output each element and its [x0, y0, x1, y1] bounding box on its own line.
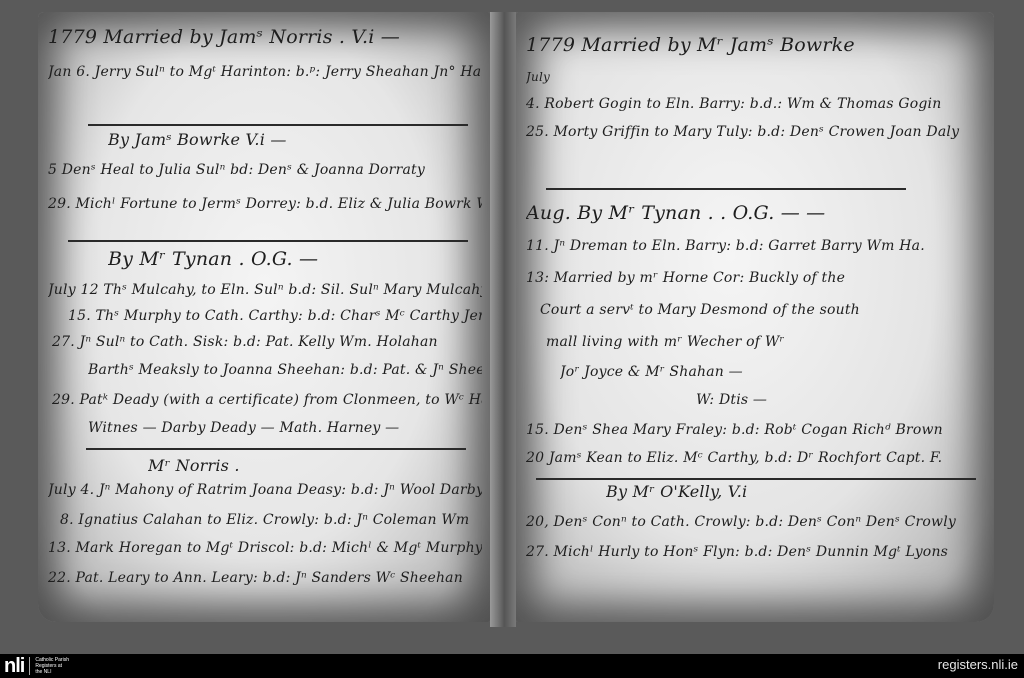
entry-line: 13: Married by mʳ Horne Cor: Buckly of t…	[526, 270, 986, 286]
left-page-heading: 1779 Married by Jamˢ Norris . V.i —	[48, 26, 482, 48]
month-label: July	[526, 70, 986, 84]
section-heading: Mʳ Norris .	[148, 456, 482, 475]
entry-line: 8. Ignatius Calahan to Eliz. Crowly: b.d…	[60, 512, 482, 528]
section-divider	[86, 448, 466, 450]
left-page: 1779 Married by Jamˢ Norris . V.i — Jan …	[38, 12, 490, 622]
scan-background: 1779 Married by Jamˢ Norris . V.i — Jan …	[0, 0, 1024, 654]
section-heading: By Mʳ Tynan . O.G. —	[108, 248, 482, 270]
section-divider	[536, 478, 976, 480]
section-heading: By Jamˢ Bowrke V.i —	[108, 130, 482, 149]
entry-line: July 4. Jⁿ Mahony of Ratrim Joana Deasy:…	[48, 482, 482, 498]
logo-divider	[29, 657, 30, 675]
section-divider	[68, 240, 468, 242]
entry-line: 27. Jⁿ Sulⁿ to Cath. Sisk: b.d: Pat. Kel…	[52, 334, 482, 350]
entry-line: Jan 6. Jerry Sulⁿ to Mgᵗ Harinton: b.ᵖ: …	[48, 64, 482, 80]
entry-line: 27. Michˡ Hurly to Honˢ Flyn: b.d: Denˢ …	[526, 544, 986, 560]
entry-line: Barthˢ Meaksly to Joanna Sheehan: b.d: P…	[88, 362, 482, 378]
entry-line: Joʳ Joyce & Mʳ Shahan —	[560, 364, 986, 380]
entry-line: 22. Pat. Leary to Ann. Leary: b.d: Jⁿ Sa…	[48, 570, 482, 586]
entry-line: 13. Mark Horegan to Mgᵗ Driscol: b.d: Mi…	[48, 540, 482, 556]
entry-line: 11. Jⁿ Dreman to Eln. Barry: b.d: Garret…	[526, 238, 986, 254]
entry-line: 29. Patᵏ Deady (with a certificate) from…	[52, 392, 482, 408]
nli-logo[interactable]: nli Catholic Parish Registers at the NLI	[4, 656, 69, 676]
section-heading: Aug. By Mʳ Tynan . . O.G. — —	[526, 202, 986, 224]
right-page-heading: 1779 Married by Mʳ Jamˢ Bowrke	[526, 34, 986, 56]
section-divider	[88, 124, 468, 126]
entry-line: 5 Denˢ Heal to Julia Sulⁿ bd: Denˢ & Joa…	[48, 162, 482, 178]
entry-line: 15. Denˢ Shea Mary Fraley: b.d: Robᵗ Cog…	[526, 422, 986, 438]
entry-line: 20 Jamˢ Kean to Eliz. Mᶜ Carthy, b.d: Dʳ…	[526, 450, 986, 466]
entry-line: mall living with mʳ Wecher of Wʳ	[546, 334, 986, 350]
entry-line: 15. Thˢ Murphy to Cath. Carthy: b.d: Cha…	[68, 308, 482, 324]
entry-line: 20, Denˢ Conⁿ to Cath. Crowly: b.d: Denˢ…	[526, 514, 986, 530]
section-divider	[546, 188, 906, 190]
entry-line: July 12 Thˢ Mulcahy, to Eln. Sulⁿ b.d: S…	[48, 282, 482, 298]
section-heading: By Mʳ O'Kelly, V.i	[606, 482, 986, 501]
entry-line: 25. Morty Griffin to Mary Tuly: b.d: Den…	[526, 124, 986, 140]
right-page: 1779 Married by Mʳ Jamˢ Bowrke July 4. R…	[516, 12, 994, 622]
entry-line: Witnes — Darby Deady — Math. Harney —	[88, 420, 482, 436]
entry-line: Court a servᵗ to Mary Desmond of the sou…	[540, 302, 986, 318]
logo-caption-line: the NLI	[35, 669, 69, 675]
register-book: 1779 Married by Jamˢ Norris . V.i — Jan …	[38, 12, 998, 632]
site-url-link[interactable]: registers.nli.ie	[938, 657, 1018, 672]
nli-logo-mark: nli	[4, 656, 24, 676]
entry-line: 29. Michˡ Fortune to Jermˢ Dorrey: b.d. …	[48, 196, 482, 212]
logo-caption: Catholic Parish Registers at the NLI	[35, 657, 69, 675]
entry-line: 4. Robert Gogin to Eln. Barry: b.d.: Wm …	[526, 96, 986, 112]
footer-bar: nli Catholic Parish Registers at the NLI…	[0, 654, 1024, 678]
book-gutter	[490, 12, 516, 627]
entry-line: W: Dtis —	[696, 392, 986, 408]
